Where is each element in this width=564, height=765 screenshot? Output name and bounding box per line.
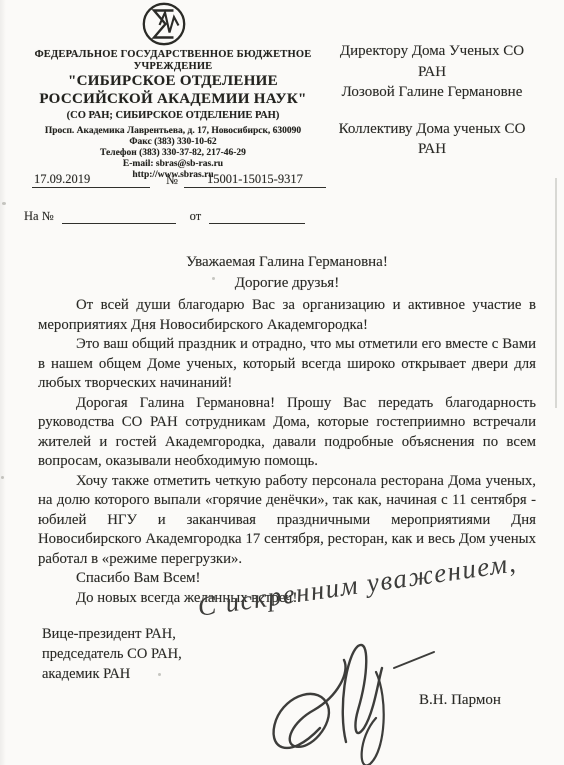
signature-autograph [258,610,458,765]
org-name-line: ФЕДЕРАЛЬНОЕ ГОСУДАРСТВЕННОЕ БЮДЖЕТНОЕ [26,49,320,61]
org-short-name: (СО РАН; СИБИРСКОЕ ОТДЕЛЕНИЕ РАН) [26,110,320,122]
addressee-line: РАН [312,139,552,160]
scan-speck [158,673,161,676]
reply-from-label: от [190,209,202,224]
salutation-line: Уважаемая Галина Германовна! [38,252,536,273]
addressee-line: РАН [312,62,552,83]
scan-speck [212,277,215,280]
org-title-line: РОССИЙСКОЙ АКАДЕМИИ НАУК" [26,91,320,108]
org-title-line: "СИБИРСКОЕ ОТДЕЛЕНИЕ [26,73,320,90]
salutation-line: Дорогие друзья! [38,273,536,294]
sb-ras-logo [141,1,187,47]
sigma-wave-emblem-icon [141,1,187,47]
scan-speck [2,202,6,205]
signer-position-line: Вице-президент РАН, [42,624,182,644]
addressee-line: Лозовой Галине Германовне [312,82,552,103]
org-address: Просп. Академика Лаврентьева, д. 17, Нов… [26,126,320,137]
number-label: № [166,173,178,188]
scan-speck [1,476,4,479]
reply-date-blank [209,223,305,224]
org-fax: Факс (383) 330-10-62 [26,137,320,148]
scan-edge-line [555,178,557,408]
reference-row: 17.09.2019 № 15001-15015-9317 [32,172,326,188]
org-email: E-mail: sbras@sb-ras.ru [26,159,320,170]
salutation: Уважаемая Галина Германовна! Дорогие дру… [38,252,536,294]
paragraph: Дорогая Галина Германовна! Прошу Вас пер… [38,394,536,472]
org-phone: Телефон (383) 330-37-82, 217-46-29 [26,148,320,159]
signer-name: В.Н. Пармон [419,692,501,709]
reply-reference-row: На № от [24,209,305,224]
addressee-block: Директору Дома Ученых СО РАН Лозовой Гал… [312,41,552,160]
reply-label: На № [24,209,54,224]
scanned-letter-page: ФЕДЕРАЛЬНОЕ ГОСУДАРСТВЕННОЕ БЮДЖЕТНОЕ УЧ… [0,0,564,765]
addressee-line: Коллективу Дома ученых СО [312,119,552,140]
signer-position-line: председатель СО РАН, [42,644,182,664]
letterhead: ФЕДЕРАЛЬНОЕ ГОСУДАРСТВЕННОЕ БЮДЖЕТНОЕ УЧ… [26,49,320,181]
scan-edge-shade [0,0,6,765]
paragraph: От всей души благодарю Вас за организаци… [38,296,536,335]
reply-number-blank [62,223,176,224]
addressee-line: Директору Дома Ученых СО [312,41,552,62]
letter-number: 15001-15015-9317 [184,172,326,188]
letter-date: 17.09.2019 [32,172,150,188]
paragraph: Это ваш общий праздник и отрадно, что мы… [38,335,536,394]
org-name-line: УЧРЕЖДЕНИЕ [26,61,320,73]
